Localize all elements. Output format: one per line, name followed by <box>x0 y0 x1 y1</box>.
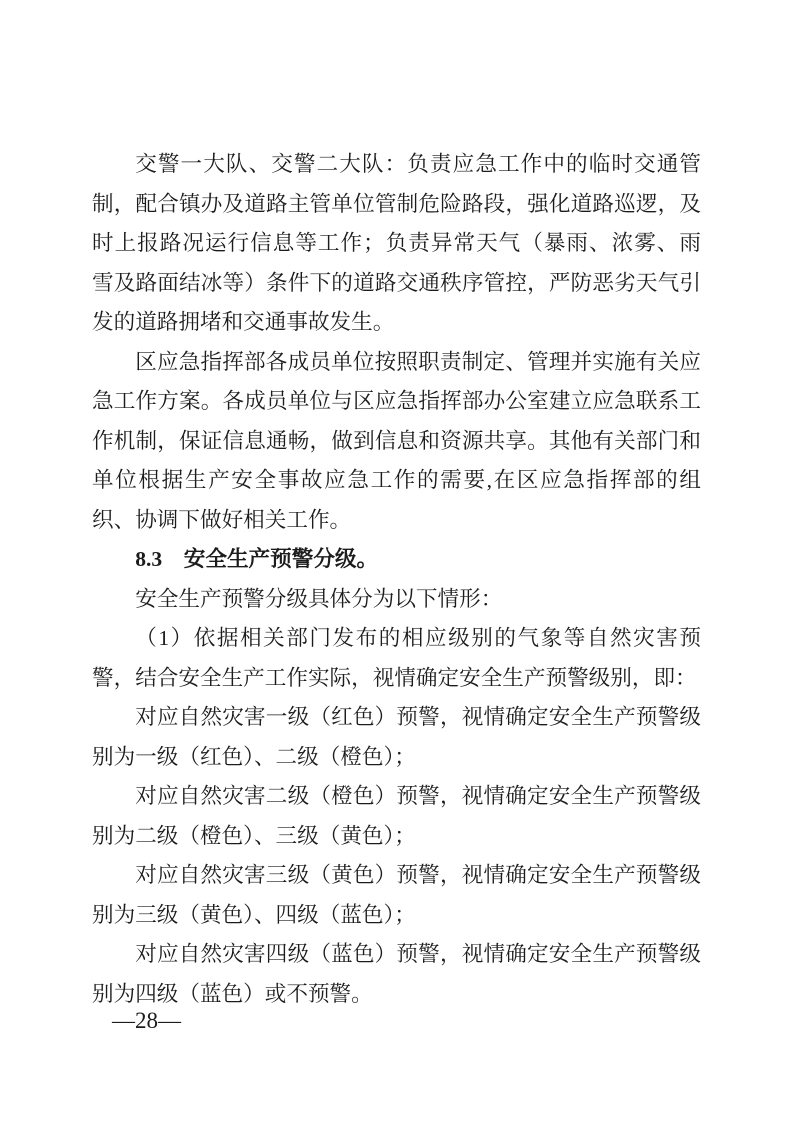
section-heading-8-3: 8.3 安全生产预警分级。 <box>92 540 701 580</box>
paragraph-level-3-yellow: 对应自然灾害三级（黄色）预警，视情确定安全生产预警级别为三级（黄色）、四级（蓝色… <box>92 856 701 935</box>
paragraph-level-1-red: 对应自然灾害一级（红色）预警，视情确定安全生产预警级别为一级（红色）、二级（橙色… <box>92 698 701 777</box>
paragraph-warning-levels-intro: 安全生产预警分级具体分为以下情形： <box>92 580 701 620</box>
paragraph-member-units-duties: 区应急指挥部各成员单位按照职责制定、管理并实施有关应急工作方案。各成员单位与区应… <box>92 343 701 541</box>
paragraph-level-2-orange: 对应自然灾害二级（橙色）预警，视情确定安全生产预警级别为二级（橙色）、三级（黄色… <box>92 777 701 856</box>
document-body: 交警一大队、交警二大队：负责应急工作中的临时交通管制，配合镇办及道路主管单位管制… <box>92 145 701 1014</box>
document-page: 交警一大队、交警二大队：负责应急工作中的临时交通管制，配合镇办及道路主管单位管制… <box>0 0 793 1122</box>
paragraph-level-4-blue: 对应自然灾害四级（蓝色）预警，视情确定安全生产预警级别为四级（蓝色）或不预警。 <box>92 935 701 1014</box>
paragraph-traffic-police-duties: 交警一大队、交警二大队：负责应急工作中的临时交通管制，配合镇办及道路主管单位管制… <box>92 145 701 343</box>
paragraph-item-1-natural-disaster: （1）依据相关部门发布的相应级别的气象等自然灾害预警，结合安全生产工作实际，视情… <box>92 619 701 698</box>
page-number: —28— <box>112 1006 181 1036</box>
